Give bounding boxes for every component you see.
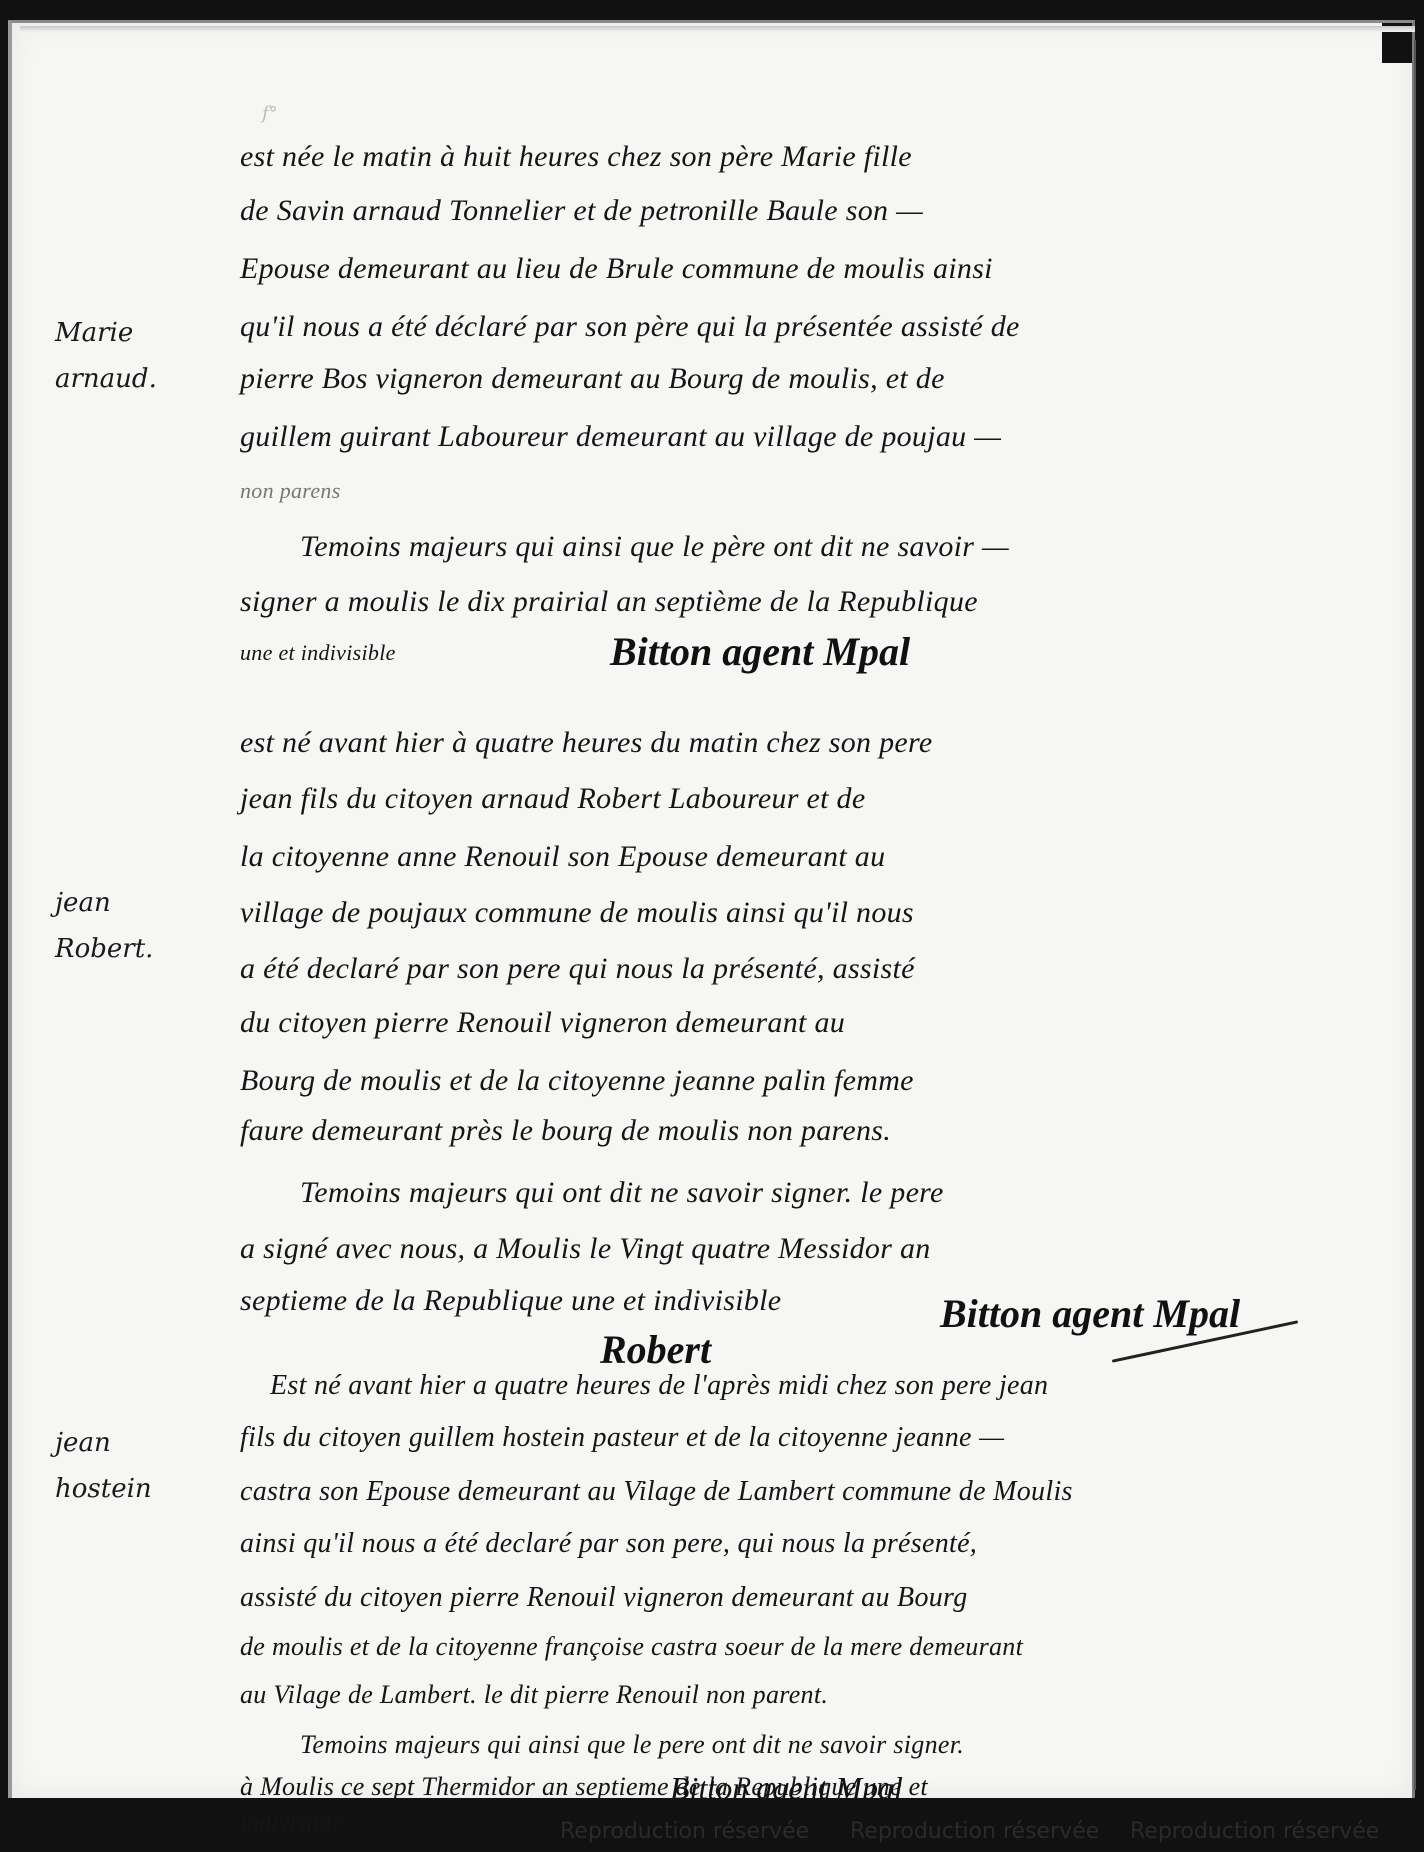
signature-bitton-3: Bitton agent Mpal (670, 1770, 903, 1807)
page-top-edge (20, 26, 1415, 32)
entry-1-line-3: Epouse demeurant au lieu de Brule commun… (240, 252, 993, 286)
entry-1-line-9: signer a moulis le dix prairial an septi… (240, 585, 978, 619)
entry-3-line-3: castra son Epouse demeurant au Vilage de… (240, 1476, 1073, 1508)
entry-2-line-11: septieme de la Republique une et indivis… (240, 1284, 781, 1318)
signature-bitton-2: Bitton agent Mpal (940, 1290, 1240, 1337)
entry-2-line-8: faure demeurant près le bourg de moulis … (240, 1114, 891, 1148)
entry-3-line-10: indivisible (240, 1810, 343, 1837)
page-right-edge (1414, 40, 1416, 1790)
entry-1-line-2: de Savin arnaud Tonnelier et de petronil… (240, 194, 923, 228)
entry-2-line-2: jean fils du citoyen arnaud Robert Labou… (240, 782, 865, 816)
margin-name-line: Marie (55, 310, 157, 356)
signature-bitton-1: Bitton agent Mpal (610, 628, 910, 675)
entry-2-line-5: a été declaré par son pere qui nous la p… (240, 952, 915, 986)
entry-3-line-1: Est né avant hier a quatre heures de l'a… (270, 1370, 1048, 1402)
watermark-3: Reproduction réservée (1130, 1819, 1379, 1844)
watermark-1: Reproduction réservée (560, 1819, 809, 1844)
entry-1-line-8: Temoins majeurs qui ainsi que le père on… (300, 530, 1009, 564)
margin-name-line: Robert. (55, 926, 153, 972)
entry-2-line-6: du citoyen pierre Renouil vigneron demeu… (240, 1006, 845, 1040)
margin-name-line: hostein (55, 1466, 152, 1512)
entry-3-line-2: fils du citoyen guillem hostein pasteur … (240, 1422, 1004, 1454)
entry-2-line-1: est né avant hier à quatre heures du mat… (240, 726, 933, 760)
margin-name-line: jean (55, 880, 153, 926)
entry-3-line-6: de moulis et de la citoyenne françoise c… (240, 1632, 1023, 1662)
entry-3-line-8: Temoins majeurs qui ainsi que le pere on… (300, 1730, 964, 1760)
folio-mark: f° (262, 103, 278, 124)
margin-name-entry-3: jean hostein (55, 1420, 152, 1512)
entry-1-line-4: qu'il nous a été déclaré par son père qu… (240, 310, 1020, 344)
margin-name-entry-2: jean Robert. (55, 880, 153, 972)
watermark-2: Reproduction réservée (850, 1819, 1099, 1844)
margin-name-entry-1: Marie arnaud. (55, 310, 157, 402)
entry-3-line-5: assisté du citoyen pierre Renouil vigner… (240, 1582, 968, 1614)
entry-2-line-7: Bourg de moulis et de la citoyenne jeann… (240, 1064, 914, 1098)
entry-1-line-6: guillem guirant Laboureur demeurant au v… (240, 420, 1001, 454)
entry-2-line-4: village de poujaux commune de moulis ain… (240, 896, 914, 930)
entry-1-line-1: est née le matin à huit heures chez son … (240, 140, 912, 174)
entry-2-line-9: Temoins majeurs qui ont dit ne savoir si… (300, 1176, 944, 1210)
entry-1-line-10: une et indivisible (240, 640, 396, 666)
margin-name-line: jean (55, 1420, 152, 1466)
entry-1-line-7: non parens (240, 478, 341, 504)
entry-3-line-7: au Vilage de Lambert. le dit pierre Reno… (240, 1680, 828, 1710)
margin-name-line: arnaud. (55, 356, 157, 402)
signature-robert: Robert (600, 1326, 711, 1373)
entry-2-line-10: a signé avec nous, a Moulis le Vingt qua… (240, 1232, 931, 1266)
entry-2-line-3: la citoyenne anne Renouil son Epouse dem… (240, 840, 885, 874)
entry-1-line-5: pierre Bos vigneron demeurant au Bourg d… (240, 362, 945, 396)
entry-3-line-4: ainsi qu'il nous a été declaré par son p… (240, 1528, 977, 1560)
